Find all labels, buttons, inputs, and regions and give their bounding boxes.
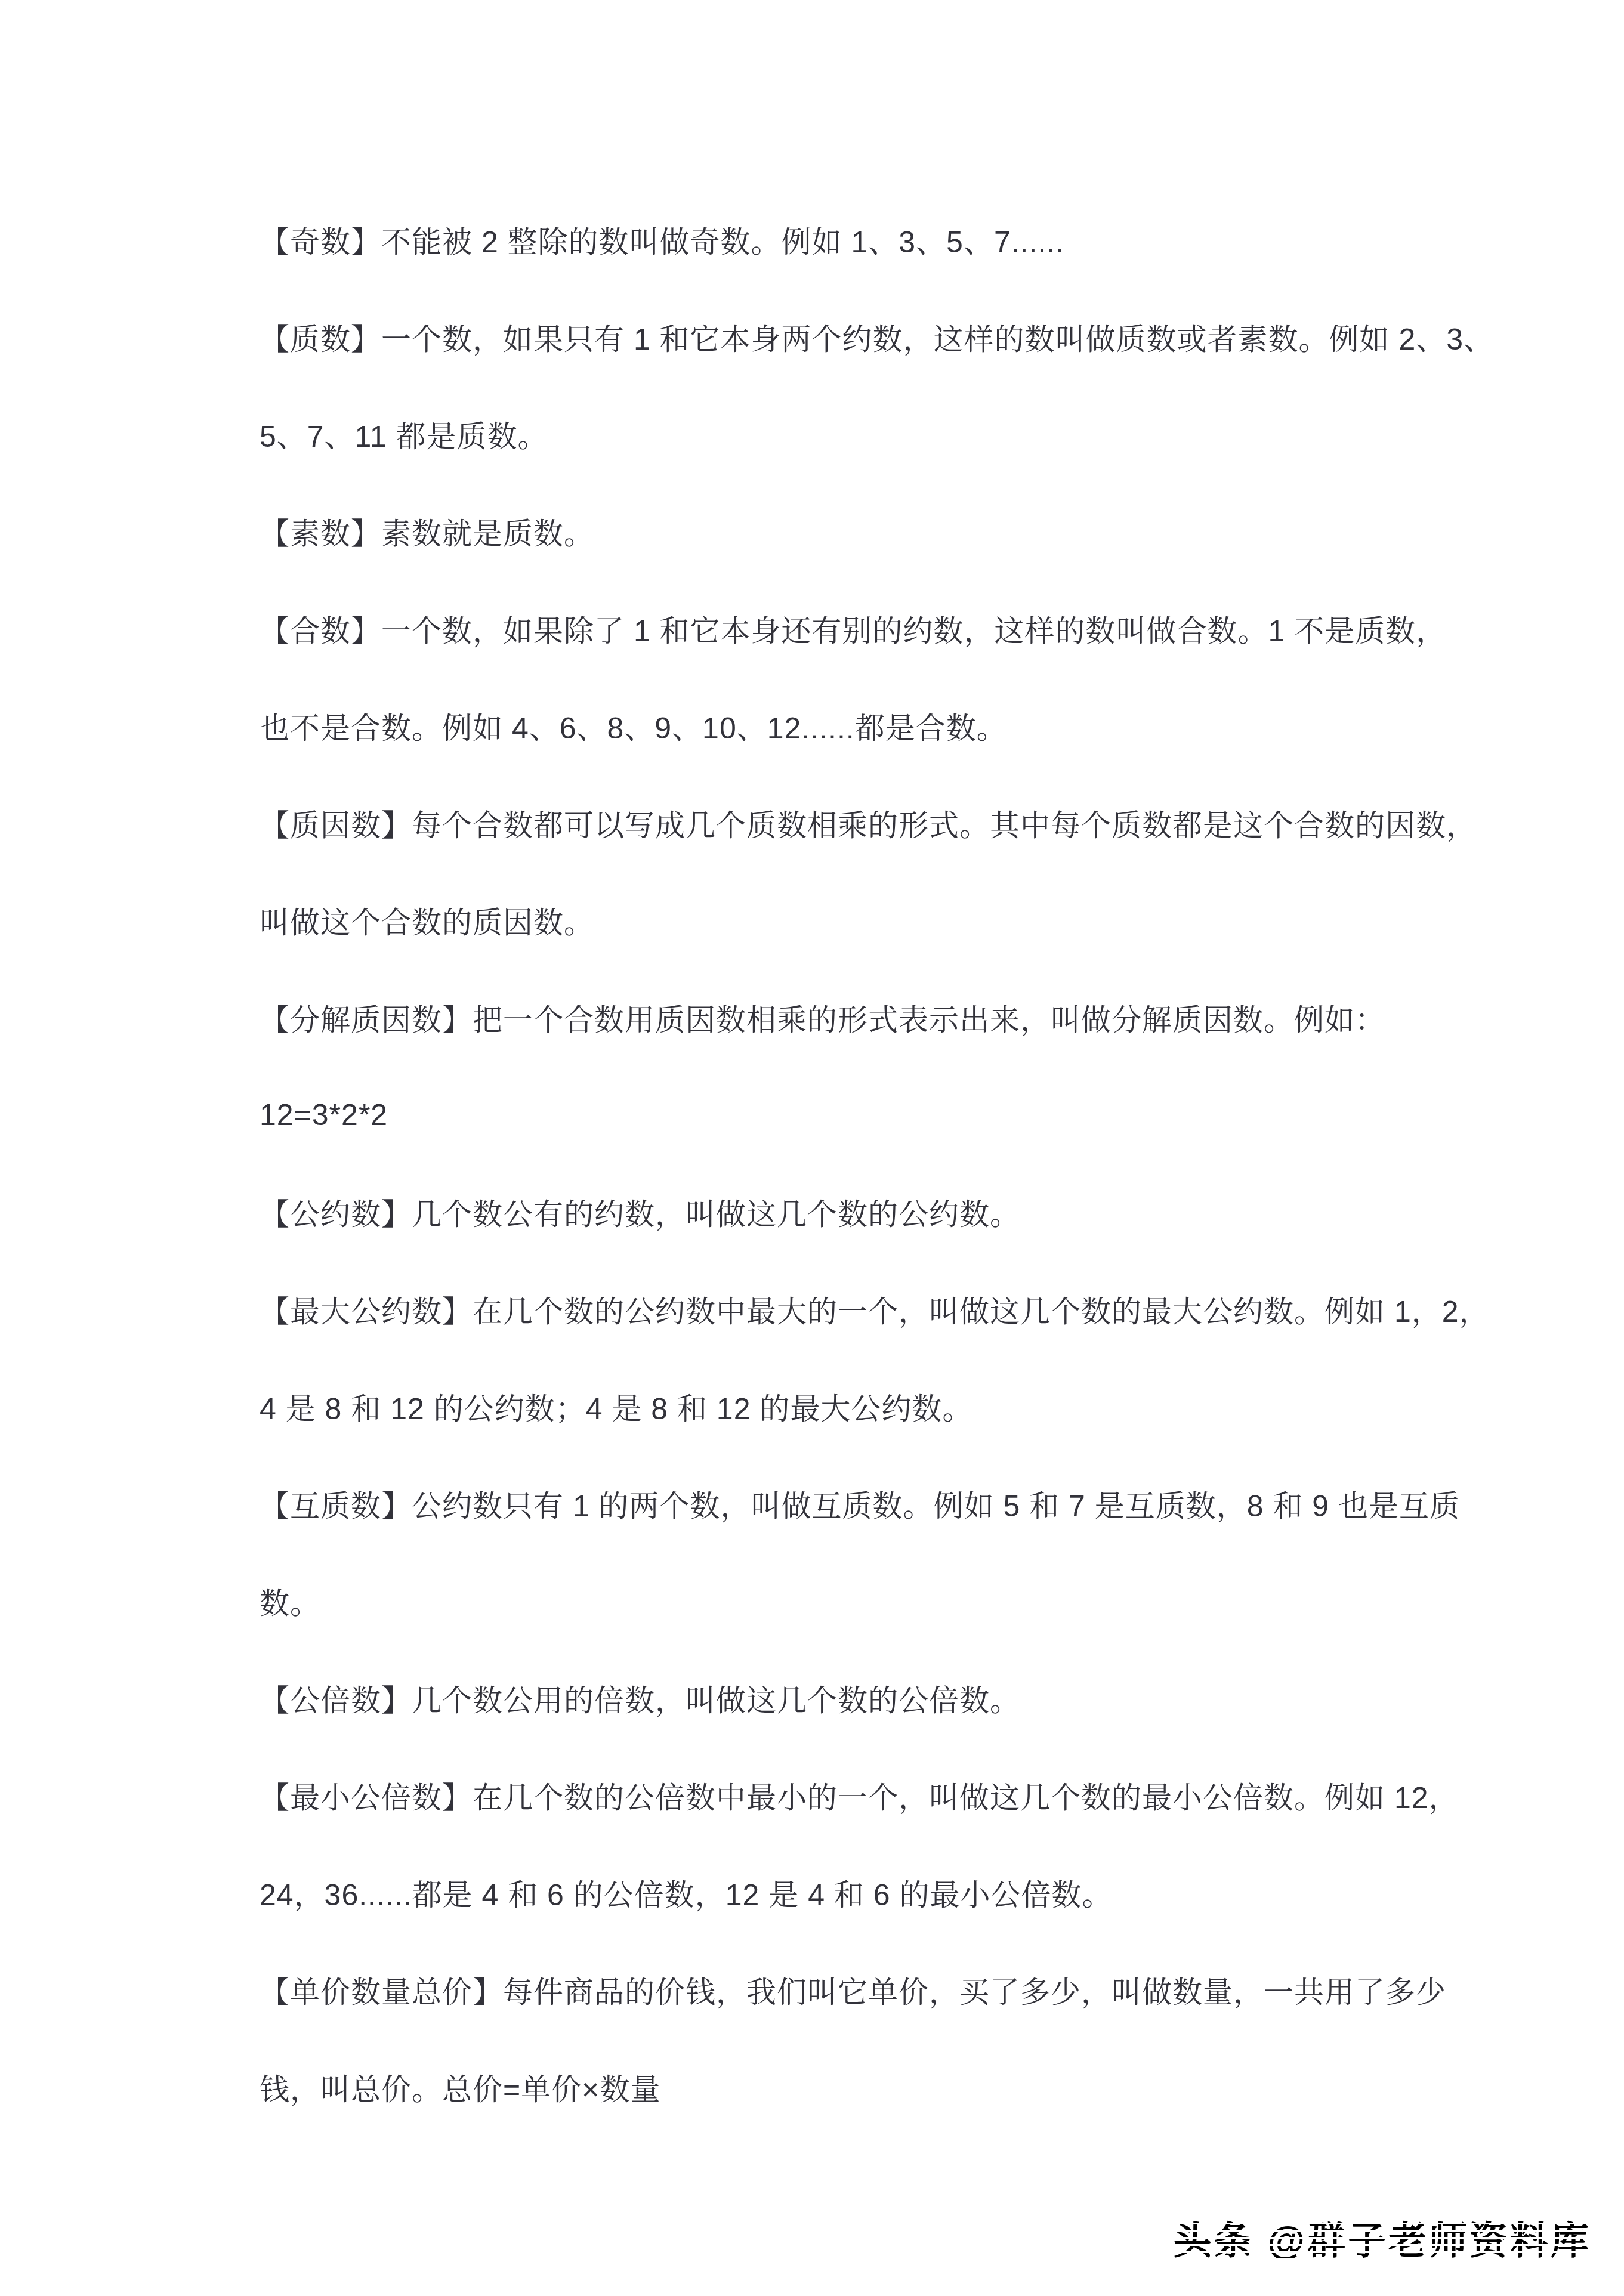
text-line: 【素数】素数就是质数。 — [260, 483, 1393, 580]
text-line: 钱，叫总价。总价=单价×数量 — [260, 2038, 1393, 2136]
text-line: 数。 — [260, 1552, 1393, 1649]
text-line: 【质数】一个数，如果只有 1 和它本身两个约数，这样的数叫做质数或者素数。例如 … — [260, 288, 1393, 385]
document-page: 【奇数】不能被 2 整除的数叫做奇数。例如 1、3、5、7...... 【质数】… — [0, 0, 1624, 2296]
text-line: 【公倍数】几个数公用的倍数，叫做这几个数的公倍数。 — [260, 1649, 1393, 1747]
text-line: 【合数】一个数，如果除了 1 和它本身还有别的约数，这样的数叫做合数。1 不是质… — [260, 580, 1393, 677]
text-line: 【分解质因数】把一个合数用质因数相乘的形式表示出来，叫做分解质因数。例如： — [260, 969, 1393, 1066]
text-line: 也不是合数。例如 4、6、8、9、10、12......都是合数。 — [260, 677, 1393, 774]
text-line: 【最小公倍数】在几个数的公倍数中最小的一个，叫做这几个数的最小公倍数。例如 12… — [260, 1747, 1393, 1844]
text-line: 【公约数】几个数公有的约数，叫做这几个数的公约数。 — [260, 1163, 1393, 1260]
text-line: 【奇数】不能被 2 整除的数叫做奇数。例如 1、3、5、7...... — [260, 191, 1393, 288]
watermark: 头条 @群子老师资料库 — [1174, 2210, 1591, 2265]
text-line: 【单价数量总价】每件商品的价钱，我们叫它单价，买了多少，叫做数量，一共用了多少 — [260, 1941, 1393, 2038]
text-line: 【互质数】公约数只有 1 的两个数，叫做互质数。例如 5 和 7 是互质数，8 … — [260, 1455, 1393, 1552]
text-line: 【最大公约数】在几个数的公约数中最大的一个，叫做这几个数的最大公约数。例如 1，… — [260, 1260, 1393, 1358]
text-line: 5、7、11 都是质数。 — [260, 385, 1393, 483]
definitions-list: 【奇数】不能被 2 整除的数叫做奇数。例如 1、3、5、7...... 【质数】… — [260, 191, 1393, 2136]
text-line: 24，36......都是 4 和 6 的公倍数，12 是 4 和 6 的最小公… — [260, 1844, 1393, 1941]
text-line: 叫做这个合数的质因数。 — [260, 872, 1393, 969]
text-line: 12=3*2*2 — [260, 1066, 1393, 1163]
text-line: 4 是 8 和 12 的公约数；4 是 8 和 12 的最大公约数。 — [260, 1358, 1393, 1455]
text-line: 【质因数】每个合数都可以写成几个质数相乘的形式。其中每个质数都是这个合数的因数， — [260, 774, 1393, 872]
